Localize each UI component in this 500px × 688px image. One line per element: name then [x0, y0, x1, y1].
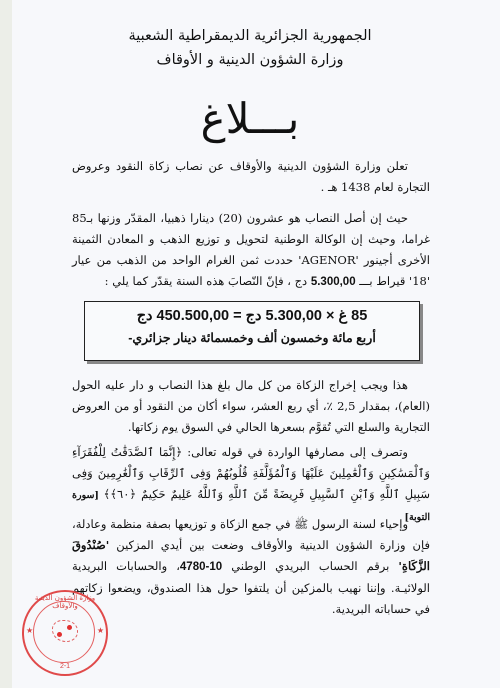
- document-page: الجمهورية الجزائرية الديمقراطية الشعبية …: [0, 0, 500, 688]
- postal-account-number: 10-4780: [180, 561, 222, 573]
- distribution-intro: وتصرف إلى مصارفها الواردة في قوله تعالى:: [182, 445, 408, 459]
- nisab-calculation-box: 85 غ × 5.300,00 دج = 450.500,00 دج أربع …: [84, 301, 420, 361]
- emblem-icon: [52, 620, 78, 642]
- official-stamp: وزارة الشؤون الدينية والأوقاف ★ ★ 2-1: [22, 590, 108, 676]
- obligation-paragraph: هذا ويجب إخراج الزكاة من كل مال بلغ هذا …: [72, 375, 430, 438]
- star-icon: ★: [97, 626, 104, 635]
- intro-paragraph: تعلن وزارة الشؤون الدينية والأوقاف عن نص…: [72, 156, 430, 198]
- ministry-header: وزارة الشؤون الدينية و الأوقاف: [0, 52, 500, 68]
- announcement-document: الجمهورية الجزائرية الديمقراطية الشعبية …: [0, 0, 500, 688]
- closing-part2: برقم الحساب البريدي الوطني: [222, 559, 398, 573]
- intro-text: تعلن وزارة الشؤون الدينية والأوقاف عن نص…: [72, 159, 430, 194]
- nisab-suffix: دج ، فإنّ النّصابَ هذه السنة يقدّر كما ي…: [105, 274, 311, 288]
- gold-price: 5.300,00: [311, 276, 356, 288]
- nisab-calculation: 85 غ × 5.300,00 دج = 450.500,00 دج: [85, 308, 419, 324]
- announcement-title: بـــلاغ: [0, 94, 500, 143]
- stamp-number: 2-1: [24, 663, 106, 670]
- nisab-paragraph: حيث إن أصل النصاب هو عشرون (20) دينارا ذ…: [72, 208, 430, 293]
- price-prefix: بـــ: [356, 274, 373, 288]
- republic-header: الجمهورية الجزائرية الديمقراطية الشعبية: [0, 28, 500, 44]
- closing-paragraph: وإحياء لسنة الرسول ﷺ في جمع الزكاة و توز…: [72, 514, 430, 620]
- nisab-amount-words: أربع مائة وخمسون ألف وخمسمائة دينار جزائ…: [85, 330, 419, 345]
- closing-part1: وإحياء لسنة الرسول ﷺ في جمع الزكاة و توز…: [72, 517, 430, 552]
- obligation-text: هذا ويجب إخراج الزكاة من كل مال بلغ هذا …: [72, 378, 430, 434]
